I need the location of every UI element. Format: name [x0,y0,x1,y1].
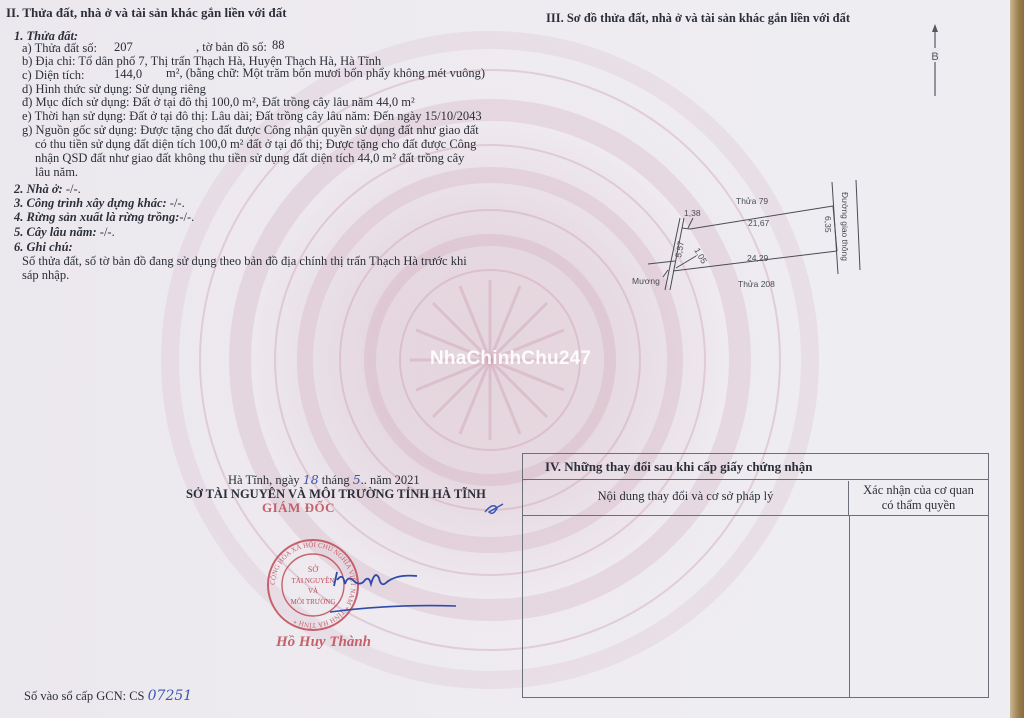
other-works-label: 3. Công trình xây dựng khác: [14,196,167,210]
section-2-title: II. Thửa đất, nhà ở và tài sản khác gắn … [6,5,287,21]
origin-line-1: g) Nguồn gốc sử dụng: Được tặng cho đất … [22,123,479,138]
svg-text:5,57: 5,57 [673,240,686,258]
svg-text:SỞ: SỞ [308,564,319,574]
date-day: 18 [303,472,319,487]
initial-mark-icon [482,498,508,518]
page-edge [1010,0,1024,718]
site-watermark: NhaChinhChu247 [430,348,591,370]
svg-text:24,29: 24,29 [747,253,769,263]
table-divider [849,516,850,697]
area-label: c) Diện tích: [22,68,84,83]
changes-table: IV. Những thay đổi sau khi cấp giấy chứn… [522,453,989,698]
column-header-change-content: Nội dung thay đổi và cơ sở pháp lý [523,481,849,516]
usage-term: e) Thời hạn sử dụng: Đất ở tại đô thị: L… [22,109,482,124]
svg-text:TÀI NGUYÊN: TÀI NGUYÊN [292,577,335,585]
svg-text:1,38: 1,38 [684,208,701,218]
area-value: 144,0 [114,67,142,82]
section-4-title: IV. Những thay đổi sau khi cấp giấy chứn… [523,454,988,480]
svg-text:6,35: 6,35 [823,216,833,233]
note-line-1: Số thửa đất, số tờ bản đồ đang sử dụng t… [22,254,467,269]
svg-text:1,05: 1,05 [692,246,709,266]
origin-line-2: có thu tiền sử dụng đất diện tích 100,0 … [35,137,476,152]
parcel-sketch-diagram: Thửa 79 Thửa 208 21,67 24,29 1,38 Mương … [620,170,880,300]
perennial-value: -/-. [100,225,115,239]
note-line-2: sáp nhập. [22,268,69,283]
date-month: 5 [353,472,361,487]
map-sheet-label: , tờ bản đồ số: [196,40,267,55]
section-3-title: III. Sơ đồ thửa đất, nhà ở và tài sản kh… [546,11,850,26]
place-date: Hà Tĩnh, ngày 18 tháng 5.. năm 2021 [228,472,420,488]
svg-text:Thửa 79: Thửa 79 [736,196,768,206]
svg-text:VÀ: VÀ [308,587,318,595]
parcel-no: 207 [114,40,133,55]
svg-text:Đường giao thông: Đường giao thông [840,192,850,261]
director-title: GIÁM ĐỐC [262,500,335,516]
origin-line-4: lâu năm. [35,165,78,180]
planted-forest-value: -/-. [179,210,194,224]
svg-text:B: B [931,51,938,63]
signer-name: Hồ Huy Thành [276,634,371,651]
director-signature-icon [330,560,460,620]
area-in-words: m², (bằng chữ: Một trăm bốn mươi bốn phẩ… [166,66,485,81]
svg-text:21,67: 21,67 [748,218,770,228]
house-label: 2. Nhà ở: [14,182,63,196]
planted-forest-label: 4. Rừng sản xuất là rừng trồng: [14,210,179,224]
house-value: -/-. [66,182,81,196]
svg-text:Thửa 208: Thửa 208 [738,279,775,289]
certificate-page: II. Thửa đất, nhà ở và tài sản khác gắn … [0,0,1010,718]
issuing-agency: SỞ TÀI NGUYÊN VÀ MÔI TRƯỜNG TỈNH HÀ TĨNH [186,487,486,502]
svg-text:MÔI TRƯỜNG: MÔI TRƯỜNG [291,598,336,606]
note-label: 6. Ghi chú: [14,240,73,255]
other-works-value: -/-. [170,196,185,210]
svg-text:Mương: Mương [632,276,660,286]
north-arrow-icon: B [925,20,945,100]
column-header-authority-confirmation: Xác nhận của cơ quan có thẩm quyền [849,481,988,516]
usage-purpose: đ) Mục đích sử dụng: Đất ở tại đô thị 10… [22,95,415,110]
registry-number: Số vào sổ cấp GCN: CS 07251 [24,688,192,704]
map-sheet-no: 88 [272,38,285,53]
origin-line-3: nhận QSD đất như giao đất không thu tiền… [35,151,464,166]
perennial-label: 5. Cây lâu năm: [14,225,97,239]
